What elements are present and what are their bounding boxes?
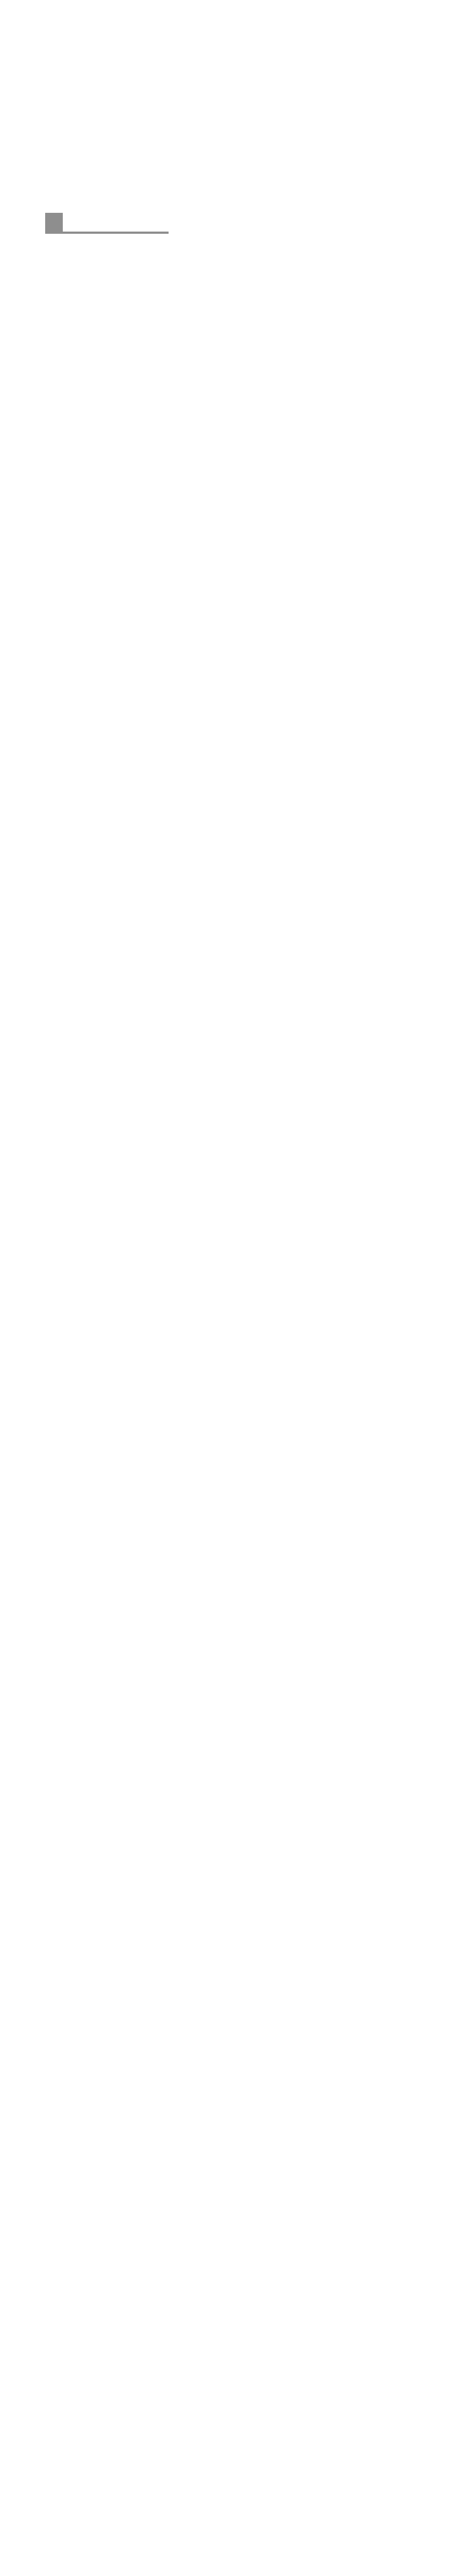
section-1-heading — [45, 212, 74, 232]
section-title — [63, 215, 74, 232]
section-underline — [45, 232, 169, 234]
section-number — [45, 213, 63, 232]
